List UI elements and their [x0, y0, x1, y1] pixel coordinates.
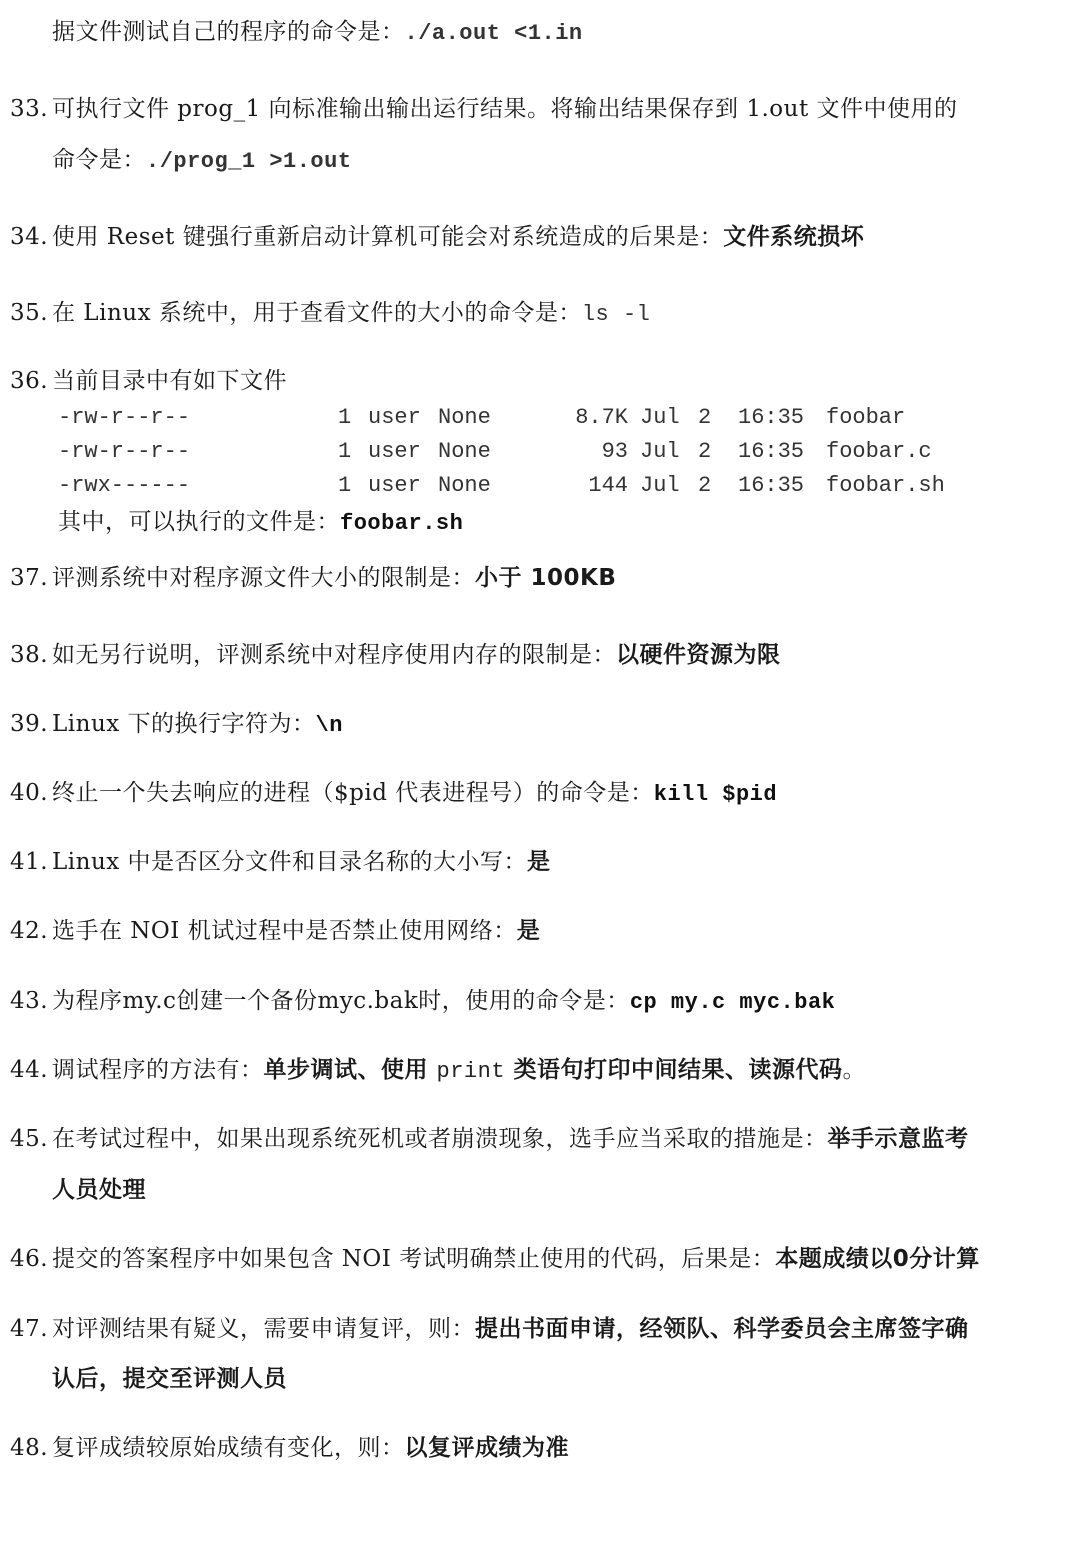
question-text: 在考试过程中，如果出现系统死机或者崩溃现象，选手应当采取的措施是：	[52, 1126, 828, 1152]
answer-code: print	[437, 1059, 506, 1084]
question-text: 对评测结果有疑义，需要申请复评，则：	[52, 1316, 475, 1342]
item-33: 33.可执行文件 prog_1 向标准输出输出运行结果。将输出结果保存到 1.o…	[0, 94, 958, 124]
answer-text: 提出书面申请，经领队、科学委员会主席签字确	[475, 1316, 969, 1342]
item-number: 47.	[0, 1314, 52, 1344]
item-number: 38.	[0, 640, 52, 670]
continuation-line: 据文件测试自己的程序的命令是：./a.out <1.in	[52, 17, 583, 49]
item-47-continuation: 认后，提交至评测人员	[52, 1364, 287, 1394]
question-text: 提交的答案程序中如果包含 NOI 考试明确禁止使用的代码，后果是：	[52, 1246, 775, 1272]
item-48: 48.复评成绩较原始成绩有变化，则：以复评成绩为准	[0, 1433, 569, 1463]
answer-text: 小于 100KB	[475, 565, 616, 591]
answer-text: cp my.c myc.bak	[630, 990, 836, 1015]
item-number: 48.	[0, 1433, 52, 1463]
question-text: 使用 Reset 键强行重新启动计算机可能会对系统造成的后果是：	[52, 224, 723, 250]
question-text: 据文件测试自己的程序的命令是：	[52, 19, 405, 45]
answer-text: 是	[527, 849, 551, 875]
item-45: 45.在考试过程中，如果出现系统死机或者崩溃现象，选手应当采取的措施是：举手示意…	[0, 1124, 969, 1154]
question-text: 评测系统中对程序源文件大小的限制是：	[52, 565, 475, 591]
item-45-continuation: 人员处理	[52, 1175, 146, 1205]
item-number: 37.	[0, 563, 52, 593]
item-number: 36.	[0, 366, 52, 396]
answer-text: 单步调试、使用	[264, 1057, 437, 1083]
item-41: 41.Linux 中是否区分文件和目录名称的大小写：是	[0, 847, 551, 877]
item-36-followup: 其中，可以执行的文件是：foobar.sh	[58, 507, 463, 539]
answer-text: 本题成绩以0分计算	[775, 1246, 980, 1272]
answer-text: 以硬件资源为限	[616, 642, 781, 668]
answer-text: 举手示意监考	[828, 1126, 969, 1152]
item-number: 39.	[0, 709, 52, 739]
item-number: 43.	[0, 986, 52, 1016]
answer-text: 认后，提交至评测人员	[52, 1366, 287, 1392]
answer-text: ./prog_1 >1.out	[146, 149, 352, 174]
item-number: 41.	[0, 847, 52, 877]
item-35: 35.在 Linux 系统中，用于查看文件的大小的命令是：ls -l	[0, 298, 650, 330]
file-listing-row: -rwx------1userNone144Jul216:35foobar.sh	[58, 469, 945, 503]
trailing-punctuation: 。	[843, 1057, 867, 1083]
answer-text: 人员处理	[52, 1177, 146, 1203]
item-number: 33.	[0, 94, 52, 124]
item-46: 46.提交的答案程序中如果包含 NOI 考试明确禁止使用的代码，后果是：本题成绩…	[0, 1244, 980, 1274]
item-number: 46.	[0, 1244, 52, 1274]
file-listing: -rw-r--r--1userNone8.7KJul216:35foobar -…	[58, 401, 945, 503]
item-38: 38.如无另行说明，评测系统中对程序使用内存的限制是：以硬件资源为限	[0, 640, 781, 670]
item-39: 39.Linux 下的换行字符为：\n	[0, 709, 343, 741]
item-37: 37.评测系统中对程序源文件大小的限制是：小于 100KB	[0, 563, 616, 593]
answer-text: \n	[316, 713, 343, 738]
item-number: 45.	[0, 1124, 52, 1154]
answer-text: 文件系统损坏	[723, 224, 864, 250]
item-number: 42.	[0, 916, 52, 946]
answer-text: foobar.sh	[340, 511, 463, 536]
question-text: 可执行文件 prog_1 向标准输出输出运行结果。将输出结果保存到 1.out …	[52, 96, 958, 122]
item-36: 36.当前目录中有如下文件	[0, 366, 287, 396]
question-text: 如无另行说明，评测系统中对程序使用内存的限制是：	[52, 642, 616, 668]
item-44: 44.调试程序的方法有：单步调试、使用 print 类语句打印中间结果、读源代码…	[0, 1055, 866, 1087]
question-text: 在 Linux 系统中，用于查看文件的大小的命令是：	[52, 300, 582, 326]
item-number: 34.	[0, 222, 52, 252]
item-number: 35.	[0, 298, 52, 328]
item-34: 34.使用 Reset 键强行重新启动计算机可能会对系统造成的后果是：文件系统损…	[0, 222, 864, 252]
question-text: Linux 下的换行字符为：	[52, 711, 316, 737]
answer-text: kill $pid	[654, 782, 777, 807]
answer-text: ls -l	[582, 302, 651, 327]
item-33-continuation: 命令是：./prog_1 >1.out	[52, 145, 352, 177]
file-listing-row: -rw-r--r--1userNone93Jul216:35foobar.c	[58, 435, 945, 469]
item-43: 43.为程序my.c创建一个备份myc.bak时，使用的命令是：cp my.c …	[0, 986, 835, 1018]
question-text: Linux 中是否区分文件和目录名称的大小写：	[52, 849, 527, 875]
question-text: 命令是：	[52, 147, 146, 173]
question-text: 选手在 NOI 机试过程中是否禁止使用网络：	[52, 918, 517, 944]
answer-text: 是	[517, 918, 541, 944]
answer-text: 以复评成绩为准	[405, 1435, 570, 1461]
answer-text: ./a.out <1.in	[405, 21, 583, 46]
file-listing-row: -rw-r--r--1userNone8.7KJul216:35foobar	[58, 401, 945, 435]
question-text: 复评成绩较原始成绩有变化，则：	[52, 1435, 405, 1461]
item-number: 44.	[0, 1055, 52, 1085]
question-text: 为程序my.c创建一个备份myc.bak时，使用的命令是：	[52, 988, 630, 1014]
question-text: 其中，可以执行的文件是：	[58, 509, 340, 535]
item-40: 40.终止一个失去响应的进程（$pid 代表进程号）的命令是：kill $pid	[0, 778, 777, 810]
question-text: 当前目录中有如下文件	[52, 368, 287, 394]
question-text: 终止一个失去响应的进程（$pid 代表进程号）的命令是：	[52, 780, 654, 806]
answer-text: 类语句打印中间结果、读源代码	[505, 1057, 843, 1083]
question-text: 调试程序的方法有：	[52, 1057, 264, 1083]
item-42: 42.选手在 NOI 机试过程中是否禁止使用网络：是	[0, 916, 540, 946]
item-number: 40.	[0, 778, 52, 808]
item-47: 47.对评测结果有疑义，需要申请复评，则：提出书面申请，经领队、科学委员会主席签…	[0, 1314, 969, 1344]
